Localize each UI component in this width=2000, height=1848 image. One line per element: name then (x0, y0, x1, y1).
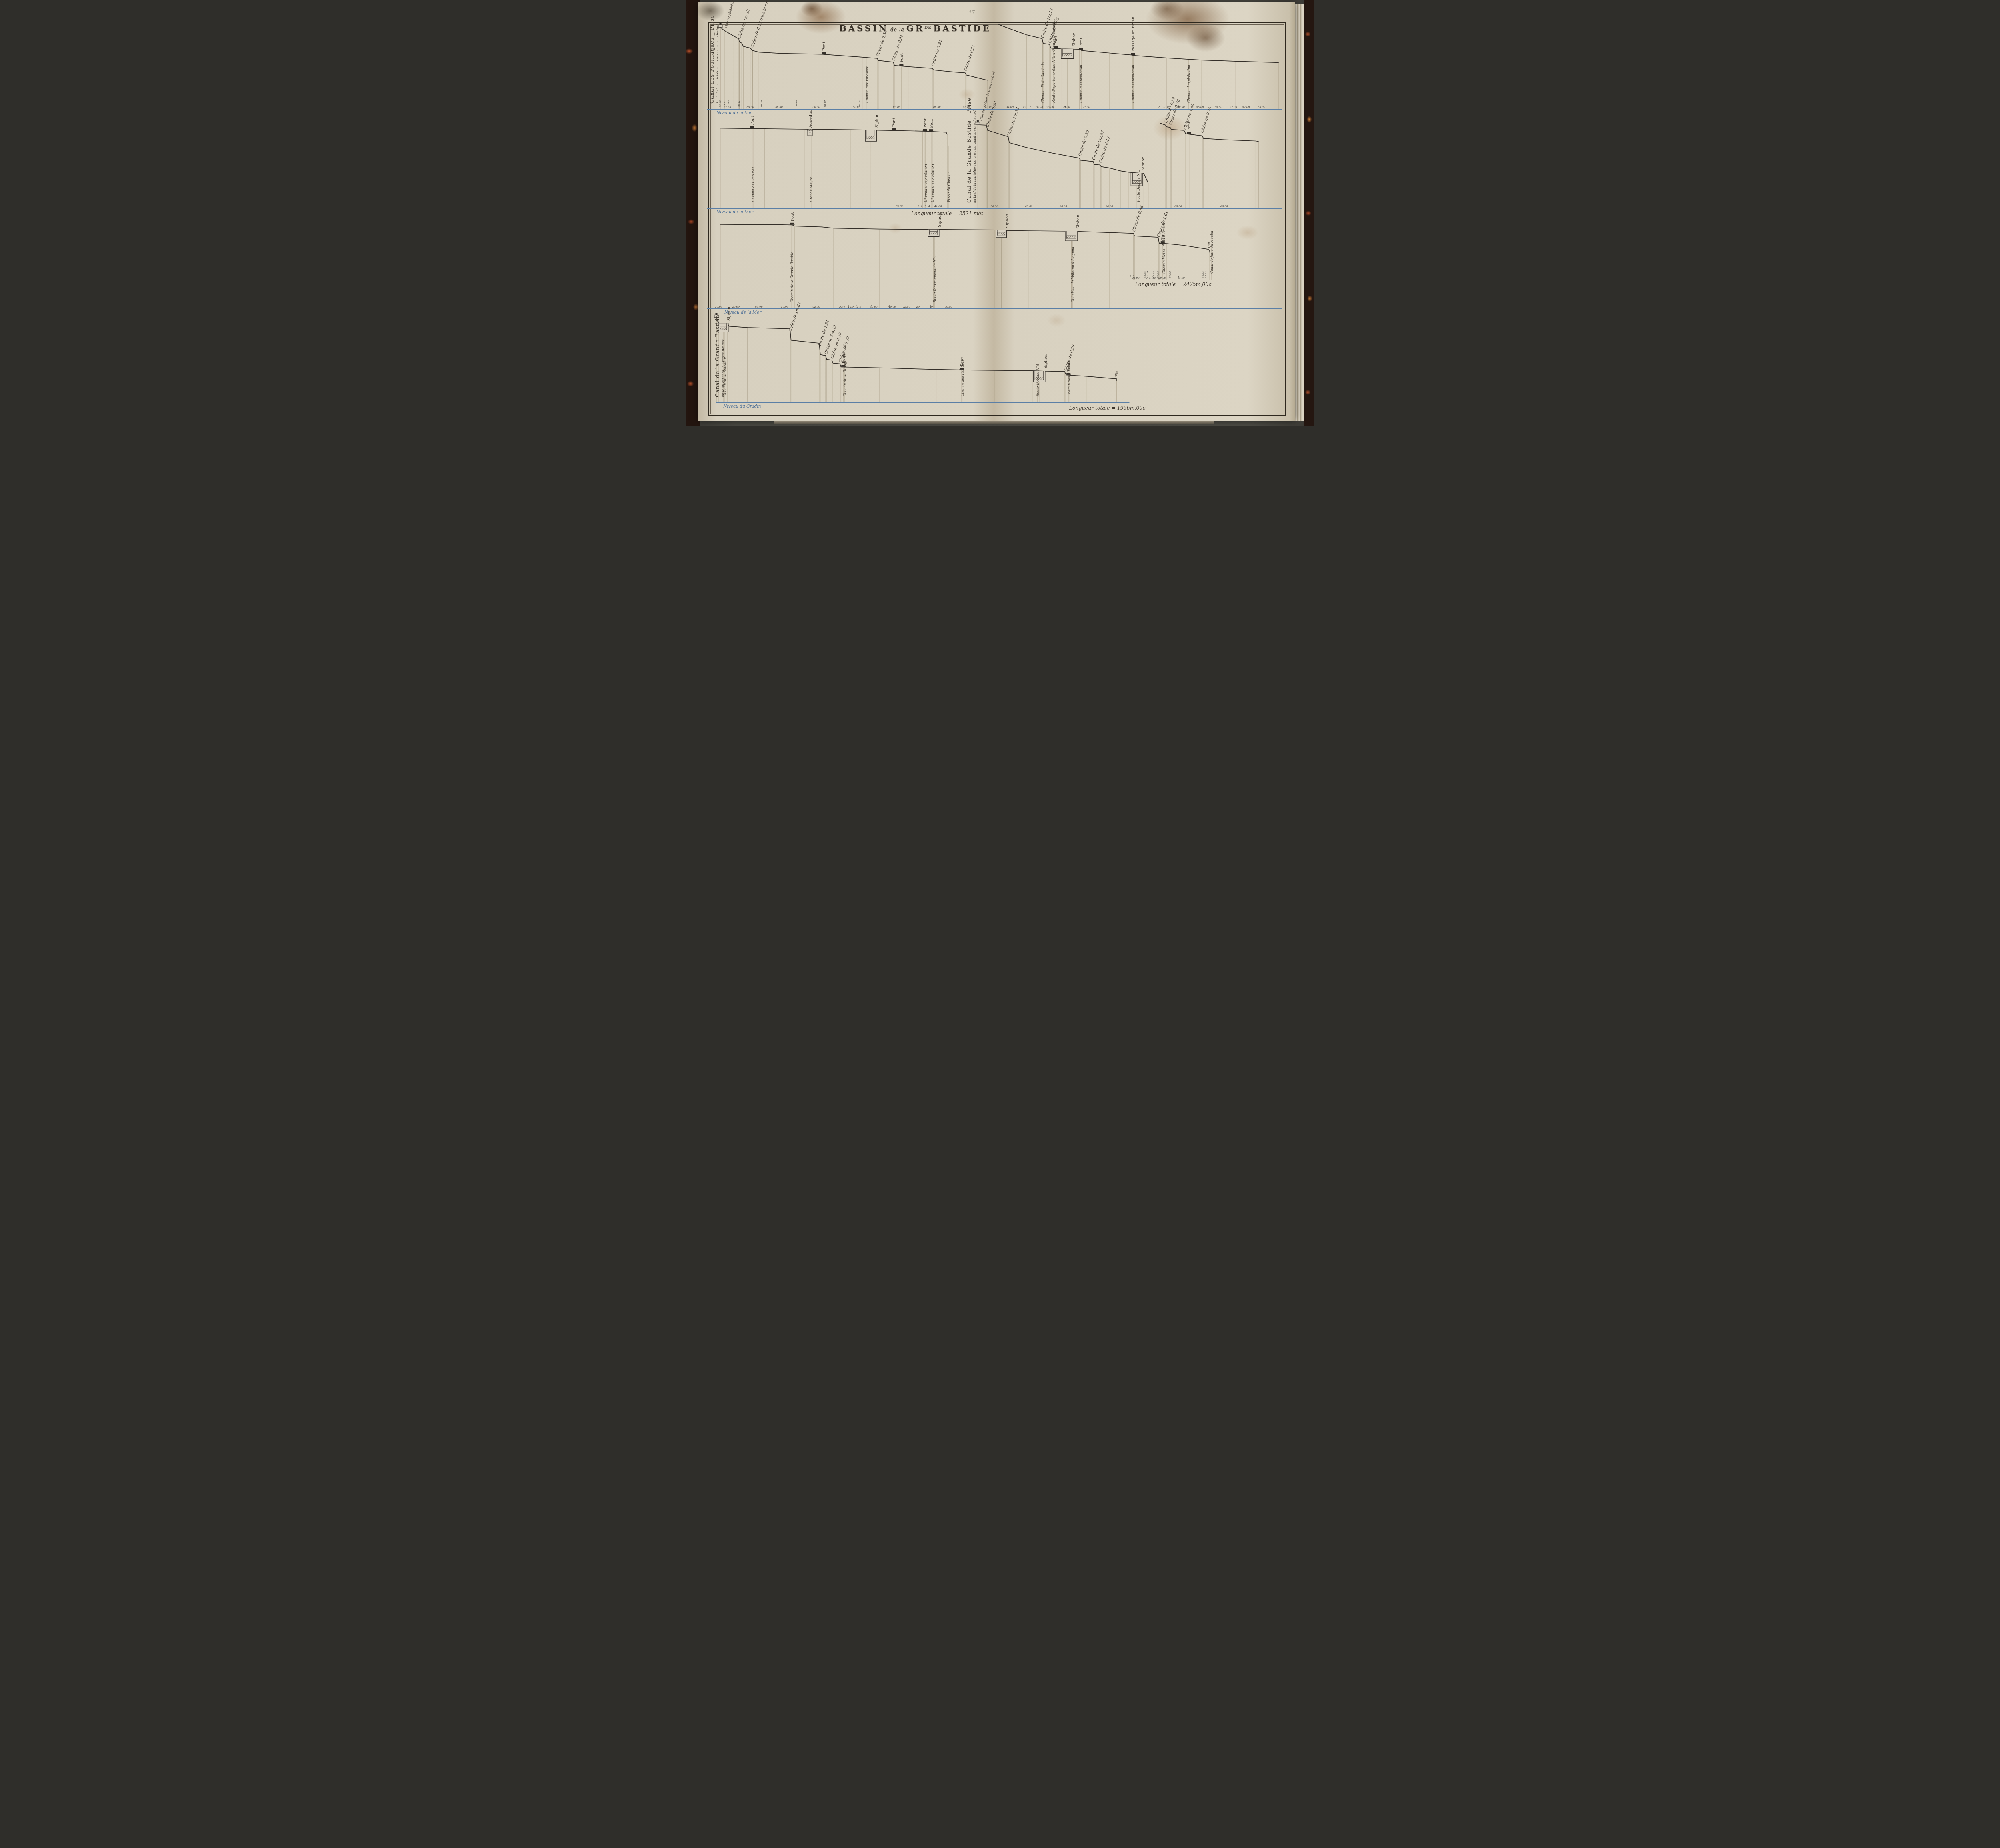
crossing-label: Canal de fuite du Moulin (1210, 231, 1214, 274)
canal-title: Canal de la Grande Bastide (715, 314, 721, 397)
crossing-label: Chin Vnal de Velleron à Avignon (1071, 247, 1075, 302)
distance-figure: 55.00 (1215, 106, 1222, 109)
distance-figure: 00.00 (1060, 205, 1067, 208)
chute-label: Chûte de 0,39 (1078, 130, 1090, 157)
siphon-label: Siphon (1005, 214, 1010, 228)
aqueduc-label: Aqueduc (808, 110, 813, 128)
terminal-elevation-figure: 50.65 (1202, 271, 1204, 278)
chute-label: Chûte de 0,34 (931, 40, 943, 67)
distance-figure: 12. (1023, 106, 1027, 109)
distance-figure: 00.00 (1106, 205, 1113, 208)
pont-label: Pont (790, 212, 795, 222)
distance-figure: 80.00 (755, 305, 763, 308)
siphon-label: Siphon (875, 113, 879, 128)
canal-profile-line (978, 125, 1148, 184)
pont-symbol (899, 64, 903, 66)
atlas-page: BASSIN de la GRDE BASTIDE 17 Chûte de 1m… (698, 2, 1295, 421)
passage-label: Passage en tuyau (1131, 16, 1136, 52)
crossing-label: Chemin des Vaoutes (752, 167, 756, 202)
crossing-label: Route Deptale N°4 (1036, 364, 1040, 397)
distance-figure: 80.00 (945, 305, 952, 308)
book-page-edges-right (1294, 4, 1304, 421)
distance-figure: 16.00 (1036, 106, 1043, 109)
pont-symbol (822, 52, 826, 54)
terminal-elevation-figure: 54.01 (1132, 271, 1135, 278)
distance-figure: 3. (925, 205, 927, 208)
pont-label: Pont (923, 118, 928, 128)
distance-figure: 4. (920, 205, 923, 208)
canal-subtitle: au bief de la martelière de prise au can… (973, 110, 976, 203)
crossing-label: Chemin dit de Cambuis (1041, 62, 1045, 103)
crossing-label: Route Départementale N°4 (933, 255, 937, 303)
elevation-figure: 89.70 (760, 100, 763, 107)
distance-figure: 15.0 (855, 305, 861, 308)
fin-label: Fin (1115, 370, 1119, 377)
droplines (720, 124, 1259, 208)
crossing-label: Chemin de la Grange Bernard (843, 344, 847, 396)
terminal-elevation-figure: 53.66 (1144, 271, 1146, 278)
crossing-label: Chemin des Vinasses (866, 66, 870, 103)
crossing-label: Chemin d'exploitation (1080, 65, 1084, 103)
martelliere-gate (977, 120, 979, 122)
chute-label: Chûte de 0,56 (876, 30, 888, 57)
longueur-totale: Longueur totale = 1956m,00c (1069, 405, 1146, 411)
start-elevation-note: Côte du plafond du canal principal 91,16 (724, 0, 744, 28)
crossing-label: Chemin d'exploitation (1132, 65, 1136, 103)
siphon-water (867, 136, 875, 139)
profile-band-4-canal-grande-bastide-branche: SiphonChûte de 1m,82Chûte de 1,81Chûte d… (707, 312, 1282, 424)
siphon-label: Siphon (1072, 32, 1076, 47)
distance-figure: 40.00 (888, 305, 896, 308)
distance-figure: 00.00 (893, 106, 901, 109)
crossing-label: Chemin d'exploitation (924, 164, 928, 202)
distance-figure: 93.00 (896, 205, 904, 208)
pont-label: Pont (892, 118, 896, 127)
terminal-distance-figure: 47.00 (1177, 276, 1185, 280)
aqueduc-deck (808, 129, 812, 131)
distance-figure: 3.70 (839, 305, 845, 308)
siphon-label: Siphon (938, 213, 942, 227)
distance-figure: 00.00 (1174, 205, 1182, 208)
pont-symbol (750, 126, 754, 128)
elevation-figure: 93.17 (723, 100, 726, 107)
canal-profile-line (716, 317, 1117, 379)
crossing-label: Route Départementale N°5 d'Orange à Cava… (1052, 18, 1056, 103)
canal-subtitle: Seuil de la martelière de prise au canal… (716, 24, 719, 104)
distance-figure: 27.00 (1229, 106, 1237, 109)
canal-profile-line (720, 27, 988, 80)
terminal-elevation-figure: 51.99 (1146, 271, 1149, 278)
elevation-figure: 90.41 (738, 100, 740, 107)
elevation-figure: 86.25 (858, 100, 861, 107)
canal-profile-line (1160, 123, 1259, 142)
crossing-label: Chemin d'exploitation (931, 164, 935, 202)
distance-figure: 52.00 (1242, 106, 1250, 109)
distance-figure: 34.00 (1006, 106, 1014, 109)
terminal-elevation-figure: 52.88 (1152, 271, 1155, 278)
pont-label: Pont (750, 116, 755, 125)
distance-figure: 28.00 (1062, 106, 1070, 109)
siphon-label: Siphon (1076, 214, 1080, 229)
distance-figure: 27.00 (1082, 106, 1090, 109)
distance-figure: 7. (1029, 106, 1032, 109)
canal-title: Canal des Pouillaques _ Prise (709, 15, 715, 104)
crossing-label: Route Deptale N°5 (1137, 170, 1141, 202)
pont-label: Pont (930, 119, 934, 128)
distance-figure: 00.00 (1025, 205, 1033, 208)
marbled-cover-right (1304, 0, 1314, 426)
crossing-label: Grande Mayre (810, 177, 814, 202)
profile-band-2-canal-grande-bastide-prise: PontAqueducSiphonPontPontPontChûte de 0,… (707, 117, 1282, 222)
pont-label: Pont (822, 42, 826, 51)
chute-label: Chûte de 0,31 (964, 44, 976, 72)
longueur-totale: Longueur totale = 2521 mèt. (911, 210, 985, 216)
distance-figure: 00.00 (813, 106, 820, 109)
siphon-water (930, 232, 938, 234)
martelliere-gate (720, 23, 722, 25)
canal-subtitle: Prise au canal de la Grande Bastide (721, 339, 725, 398)
droplines (716, 318, 1117, 402)
distance-figure: 50 (916, 305, 920, 308)
profile-band-3-canal-grande-bastide-suite: PontSiphonSiphonSiphonChûte de 0,68Chûte… (707, 217, 1282, 322)
siphon-label: Siphon (1141, 156, 1146, 170)
canal-profile-line (720, 128, 947, 134)
siphon-label: Siphon (1044, 354, 1048, 369)
distance-figure: 25.00 (902, 305, 910, 308)
pont-symbol (790, 223, 794, 225)
elevation-figure: 91.48 (727, 100, 730, 107)
distance-figure: 55.00 (1196, 106, 1204, 109)
chute-label: Chûte de 0,18 dans le rocher (750, 0, 772, 48)
distance-figure: 20.00 (732, 305, 740, 308)
distance-figure: 4. (928, 205, 931, 208)
marbled-cover-left (686, 0, 700, 426)
siphon-water (720, 327, 727, 330)
siphon-water (1067, 236, 1076, 238)
terminal-elevation-figure: 49.85 (1204, 271, 1207, 278)
elevation-figure: 88.49 (795, 100, 798, 107)
distance-figure: 45.00 (870, 305, 878, 308)
distance-figure: 16.0 (848, 305, 854, 308)
crossing-label: Chemin de la Grande Bastide (790, 252, 794, 302)
terminal-elevation-figure: 51.92 (1169, 271, 1172, 278)
distance-figure: 50.00 (781, 305, 789, 308)
pont-label: Pont (900, 53, 904, 62)
datum-caption: Niveau de la Mer (716, 210, 754, 214)
distance-figure: 40 (929, 305, 933, 308)
distance-figure: 85.00 (813, 305, 820, 308)
droplines (720, 24, 1279, 109)
pont-symbol (1079, 48, 1083, 50)
elevation-figure: 88.19 (824, 100, 826, 107)
pont-symbol (929, 129, 933, 131)
distance-figure: 35.00 (746, 106, 754, 109)
distance-figure: 00.00 (1220, 205, 1228, 208)
crossing-label: Fossé du Chemin (947, 172, 951, 202)
crossing-label: Chemin des Ribaues (1068, 361, 1072, 396)
siphon-water (998, 232, 1005, 235)
pont-symbol (1187, 132, 1191, 134)
distance-figure: 50.00 (1258, 106, 1265, 109)
siphon-water (1063, 54, 1072, 56)
pencil-annotation: 17 (969, 9, 975, 15)
datum-caption: Niveau de la Mer (716, 110, 754, 115)
crossing-label: Chemin Vicinal de la Silvestre (1162, 222, 1166, 274)
terminal-elevation-figure: 51.96 (1157, 271, 1160, 278)
distance-figure: 30.00 (775, 106, 783, 109)
crossing-label: Chemin des Plantiers (961, 359, 965, 396)
scanned-atlas-photo: BASSIN de la GRDE BASTIDE 17 Chûte de 1m… (686, 0, 1314, 426)
distance-figure: 23.00 (1046, 106, 1054, 109)
pont-symbol (892, 128, 896, 130)
passage-symbol (1131, 53, 1135, 55)
distance-figure: 41.00 (934, 205, 942, 208)
distance-figure: 00.00 (991, 205, 998, 208)
distance-figure: 30.00 (715, 305, 722, 308)
canal-profile-line (998, 24, 1279, 62)
pont-label: Pont (1079, 38, 1084, 47)
chute-label: Chûte de 1m,22 (737, 9, 751, 39)
datum-caption: Niveau du Gradin (723, 404, 761, 409)
pont-symbol (923, 129, 927, 131)
distance-figure: 8. (1158, 106, 1161, 109)
crossing-label: Chemin d'exploitation (1187, 65, 1191, 103)
siphon-label: Siphon (727, 306, 731, 321)
distance-figure: 2. (917, 205, 920, 208)
pont-label: Pont (1187, 122, 1192, 131)
canal-title: Canal de la Grande Bastide _ Prise (966, 98, 972, 203)
distance-figure: 00.00 (933, 106, 941, 109)
longueur-totale: Longueur totale = 2475m,00c (1135, 281, 1212, 287)
terminal-elevation-figure: 54.61 (1129, 271, 1132, 278)
